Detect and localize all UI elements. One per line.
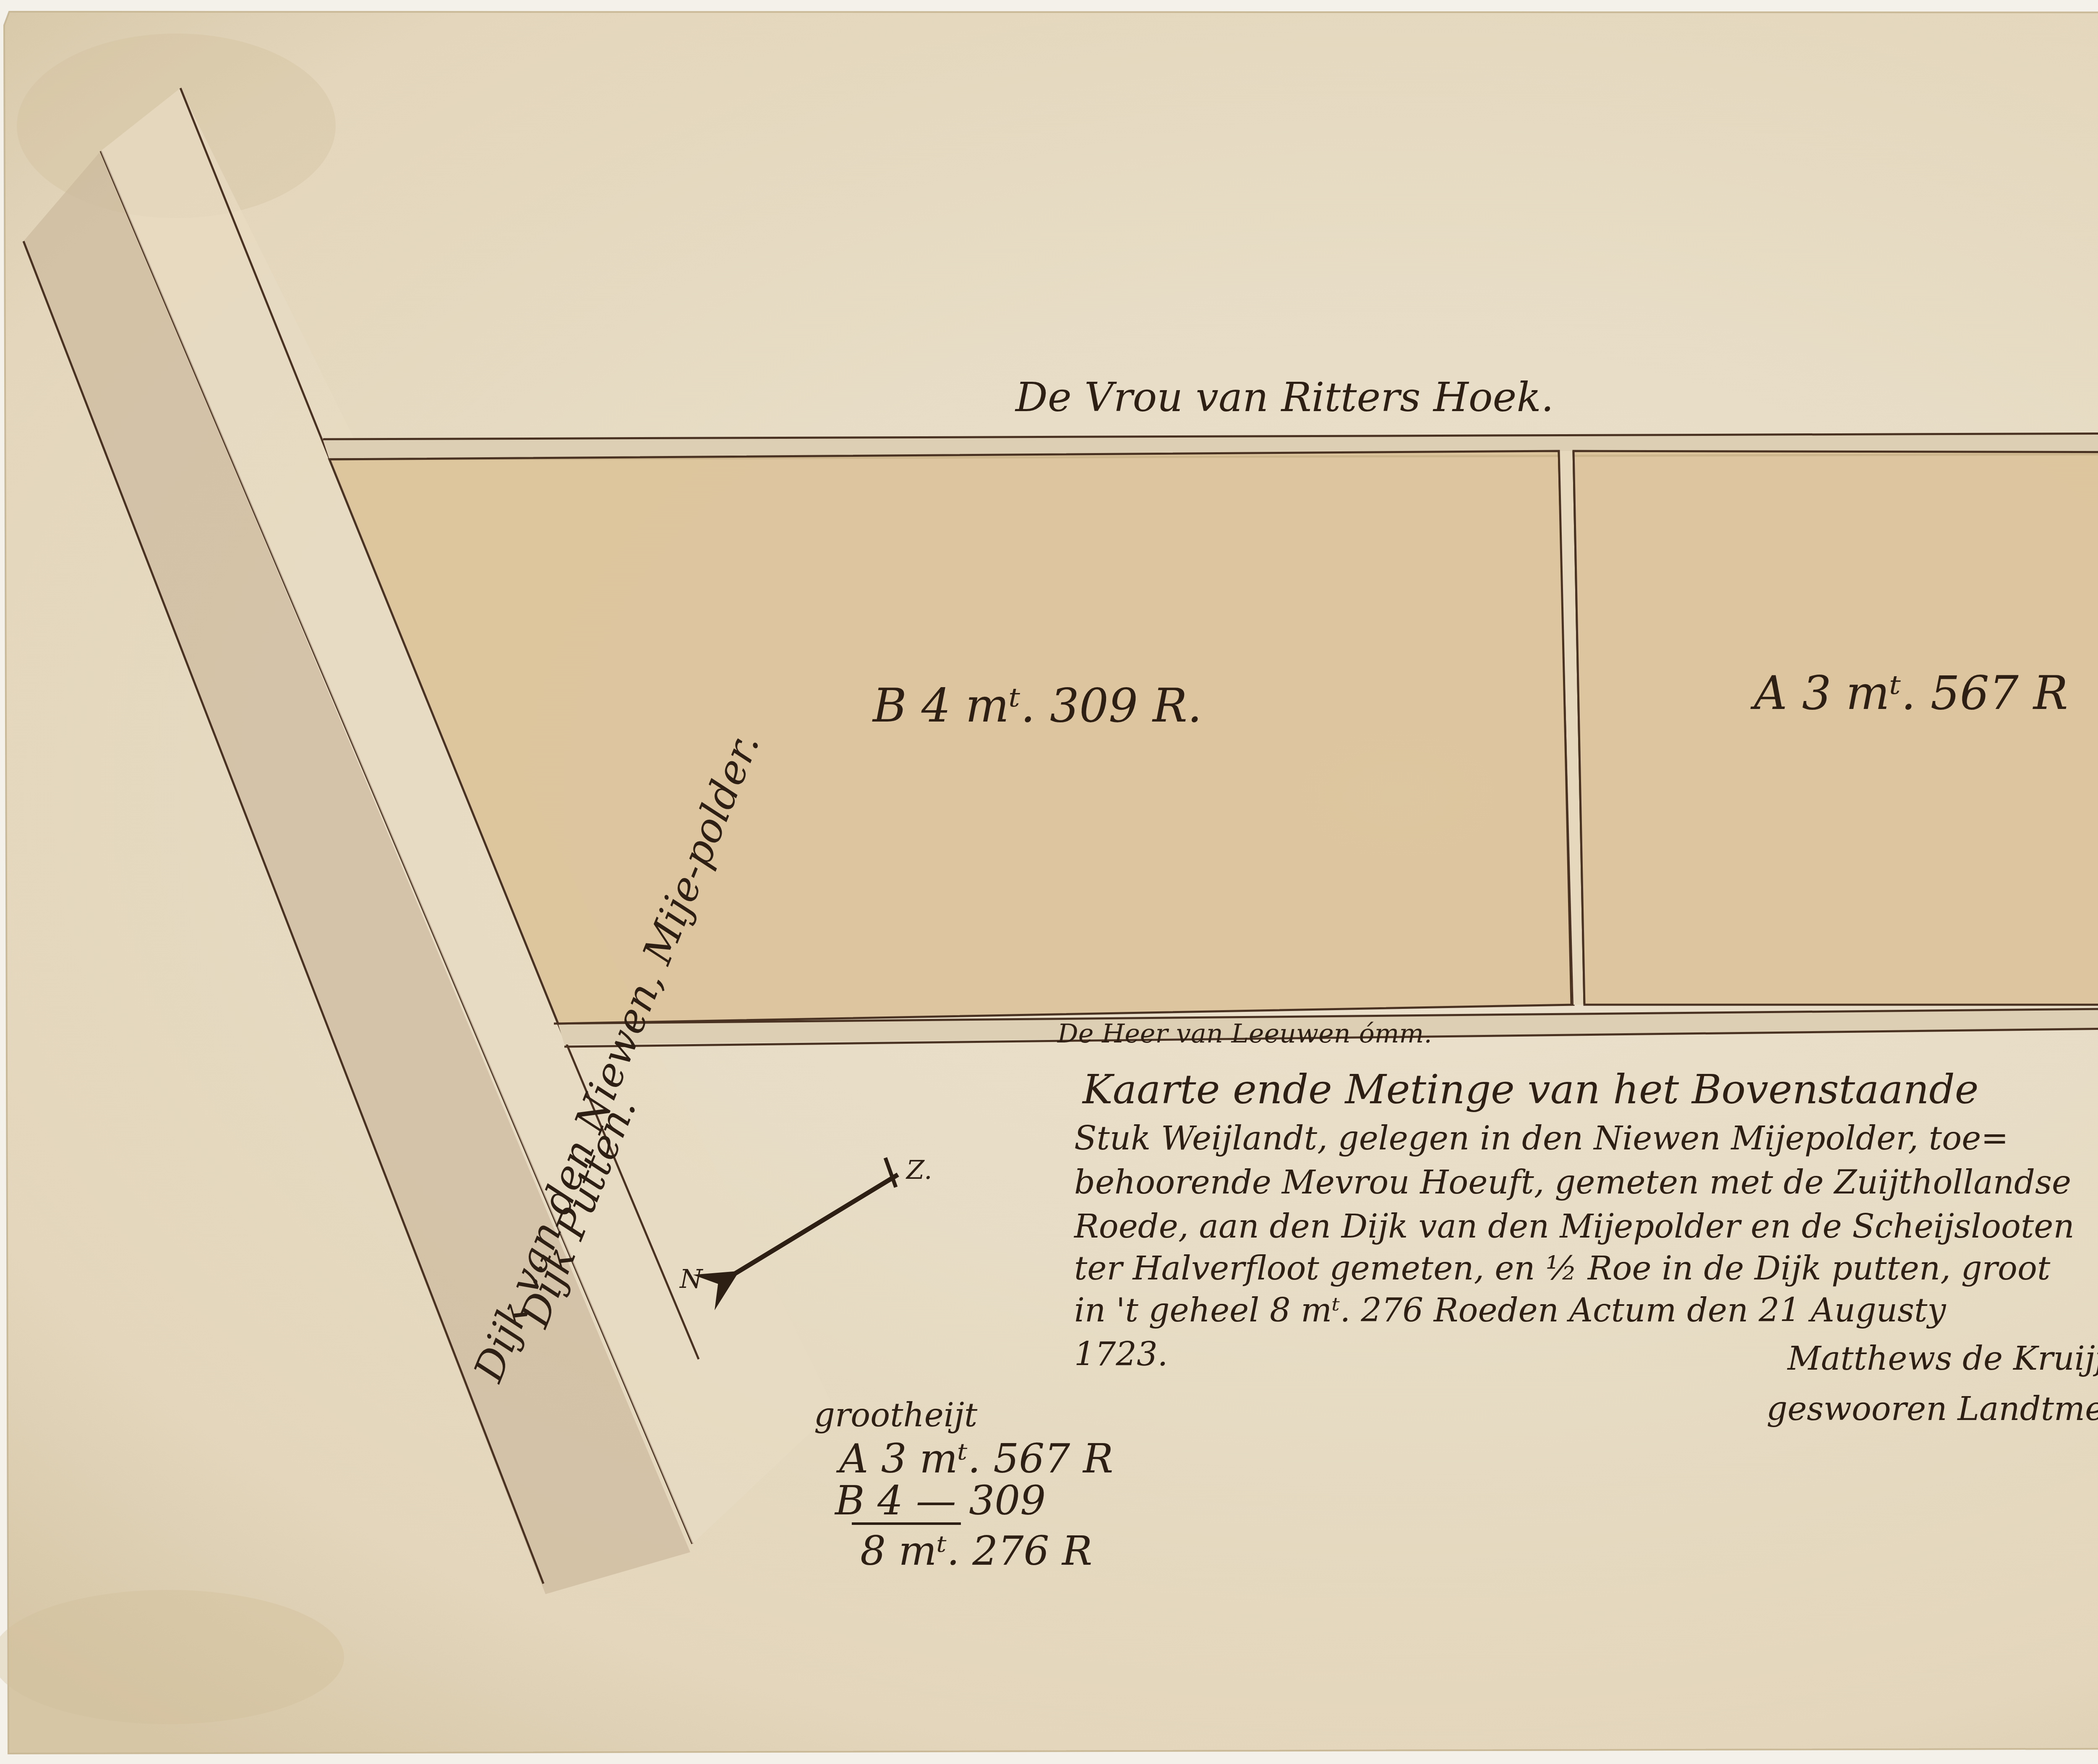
- surveyor-title: geswooren Landtmeter: [1767, 1390, 2098, 1428]
- survey-map-sheet: B 4 mᵗ. 309 R. A 3 mᵗ. 567 R De Vrou van…: [0, 0, 2098, 1764]
- summary-heading: grootheijt: [814, 1397, 978, 1434]
- surveyor-signature: Matthews de Kruijff: [1787, 1340, 2098, 1378]
- summary-row-a: A 3 mᵗ. 567 R: [836, 1435, 1113, 1482]
- north-boundary-label: De Vrou van Ritters Hoek.: [1015, 374, 1554, 421]
- parcel-a[interactable]: A 3 mᵗ. 567 R: [1573, 451, 2098, 1005]
- cartouche-line-6: in 't geheel 8 mᵗ. 276 Roeden Actum den …: [1074, 1292, 1946, 1329]
- summary-total: 8 mᵗ. 276 R: [860, 1527, 1092, 1574]
- compass-south-label: Z.: [905, 1154, 932, 1185]
- summary-row-b: B 4 — 309: [834, 1477, 1046, 1524]
- parcel-a-label: A 3 mᵗ. 567 R: [1750, 666, 2068, 720]
- cartouche-line-4: Roede, aan den Dijk van den Mijepolder e…: [1073, 1208, 2075, 1245]
- cartouche-line-3: behoorende Mevrou Hoeuft, gemeten met de…: [1074, 1164, 2071, 1201]
- parcel-b-label: B 4 mᵗ. 309 R.: [872, 679, 1202, 732]
- south-boundary-label: De Heer van Leeuwen ómm.: [1057, 1018, 1432, 1049]
- compass-north-label: N: [679, 1264, 704, 1294]
- cartouche-line-7: 1723.: [1074, 1336, 1168, 1373]
- cartouche-line-5: ter Halverfloot gemeten, en ½ Roe in de …: [1074, 1250, 2051, 1287]
- cartouche-line-1: Kaarte ende Metinge van het Bovenstaande: [1082, 1066, 1979, 1113]
- cartouche-line-2: Stuk Weijlandt, gelegen in den Niewen Mi…: [1074, 1120, 2009, 1157]
